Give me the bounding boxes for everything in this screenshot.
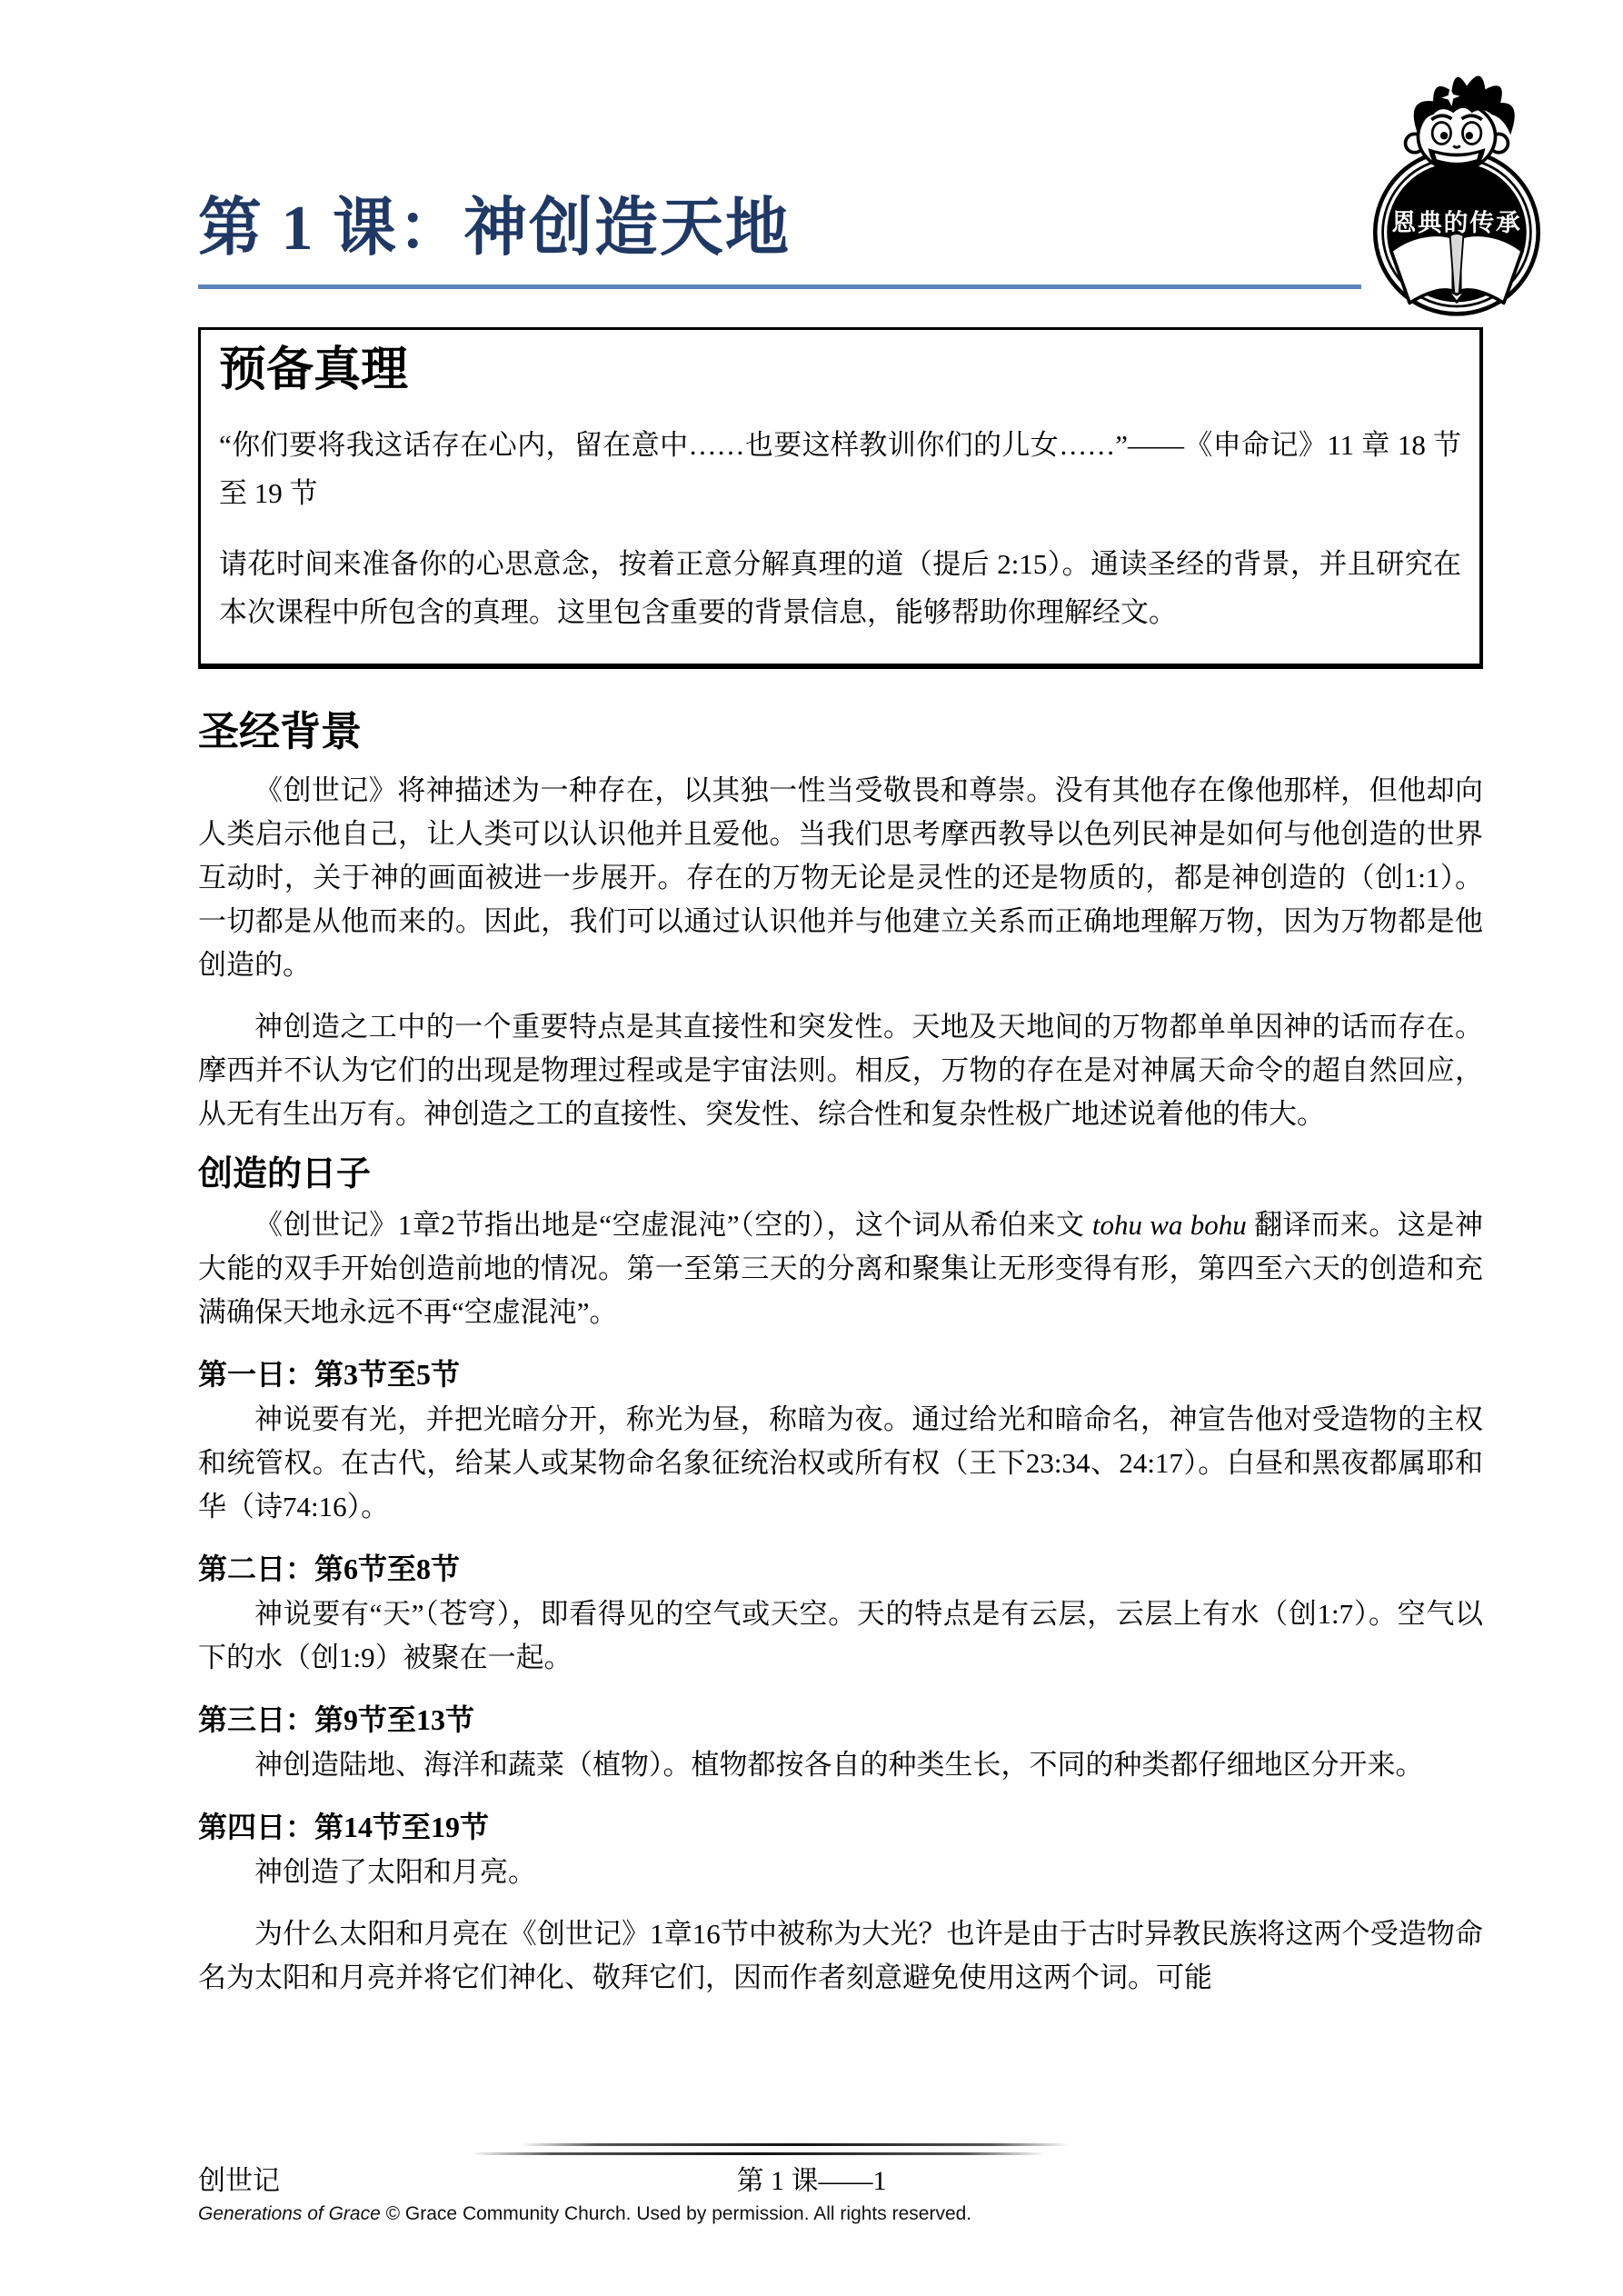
footer: 第 1 课——1 创世记 bbox=[0, 2163, 1623, 2200]
bible-background-heading: 圣经背景 bbox=[198, 709, 1483, 756]
day1-paragraph: 神说要有光，并把光暗分开，称光为昼，称暗为夜。通过给光和暗命名，神宣告他对受造物… bbox=[198, 1398, 1483, 1529]
day3-heading: 第三日：第9节至13节 bbox=[198, 1702, 1483, 1738]
footer-copyright: Generations of Grace © Grace Community C… bbox=[198, 2201, 971, 2226]
lesson-title: 第 1 课：神创造天地 bbox=[198, 193, 1483, 266]
day4-paragraph: 为什么太阳和月亮在《创世记》1章16节中被称为大光？也许是由于古时异教民族将这两… bbox=[198, 1912, 1483, 2000]
scripture-quote: “你们要将我这话存在心内，留在意中……也要这样教训你们的儿女……”——《申命记》… bbox=[219, 421, 1461, 518]
creation-days-heading: 创造的日子 bbox=[198, 1154, 1483, 1196]
day4-paragraph: 神创造了太阳和月亮。 bbox=[198, 1851, 1483, 1894]
day1-heading: 第一日：第3节至5节 bbox=[198, 1356, 1483, 1393]
bible-background-paragraph: 神创造之工中的一个重要特点是其直接性和突发性。天地及天地间的万物都单单因神的话而… bbox=[198, 1005, 1483, 1136]
bible-background-paragraph: 《创世记》将神描述为一种存在，以其独一性当受敬畏和尊崇。没有其他存在像他那样，但… bbox=[198, 769, 1483, 987]
footer-divider bbox=[471, 2152, 1045, 2155]
day4-heading: 第四日：第14节至19节 bbox=[198, 1809, 1483, 1845]
footer-divider bbox=[520, 2143, 1069, 2146]
creation-days-intro: 《创世记》1章2节指出地是“空虚混沌”（空的），这个词从希伯来文 tohu wa… bbox=[198, 1203, 1483, 1334]
hebrew-term: tohu wa bohu bbox=[1092, 1209, 1247, 1241]
day2-paragraph: 神说要有“天”（苍穹），即看得见的空气或天空。天的特点是有云层，云层上有水（创1… bbox=[198, 1592, 1483, 1680]
footer-book-title: 创世记 bbox=[198, 2163, 280, 2200]
prepare-truth-box: 预备真理 “你们要将我这话存在心内，留在意中……也要这样教训你们的儿女……”——… bbox=[198, 327, 1483, 670]
prepare-truth-heading: 预备真理 bbox=[219, 343, 1461, 399]
intro-text: 《创世记》1章2节指出地是“空虚混沌”（空的），这个词从希伯来文 bbox=[254, 1209, 1092, 1241]
title-rule bbox=[198, 285, 1361, 289]
document-page: 恩典的传承 第 1 课：神创造天地 预备真理 “你们要将我这话存在心内，留在意中… bbox=[0, 0, 1623, 2296]
day3-paragraph: 神创造陆地、海洋和蔬菜（植物）。植物都按各自的种类生长，不同的种类都仔细地区分开… bbox=[198, 1743, 1483, 1787]
content-column: 第 1 课：神创造天地 预备真理 “你们要将我这话存在心内，留在意中……也要这样… bbox=[198, 0, 1483, 2000]
copyright-text: © Grace Community Church. Used by permis… bbox=[386, 2203, 972, 2224]
day2-heading: 第二日：第6节至8节 bbox=[198, 1551, 1483, 1587]
prepare-instructions: 请花时间来准备你的心思意念，按着正意分解真理的道（提后 2:15）。通读圣经的背… bbox=[219, 540, 1461, 637]
copyright-series-name: Generations of Grace bbox=[198, 2203, 386, 2224]
